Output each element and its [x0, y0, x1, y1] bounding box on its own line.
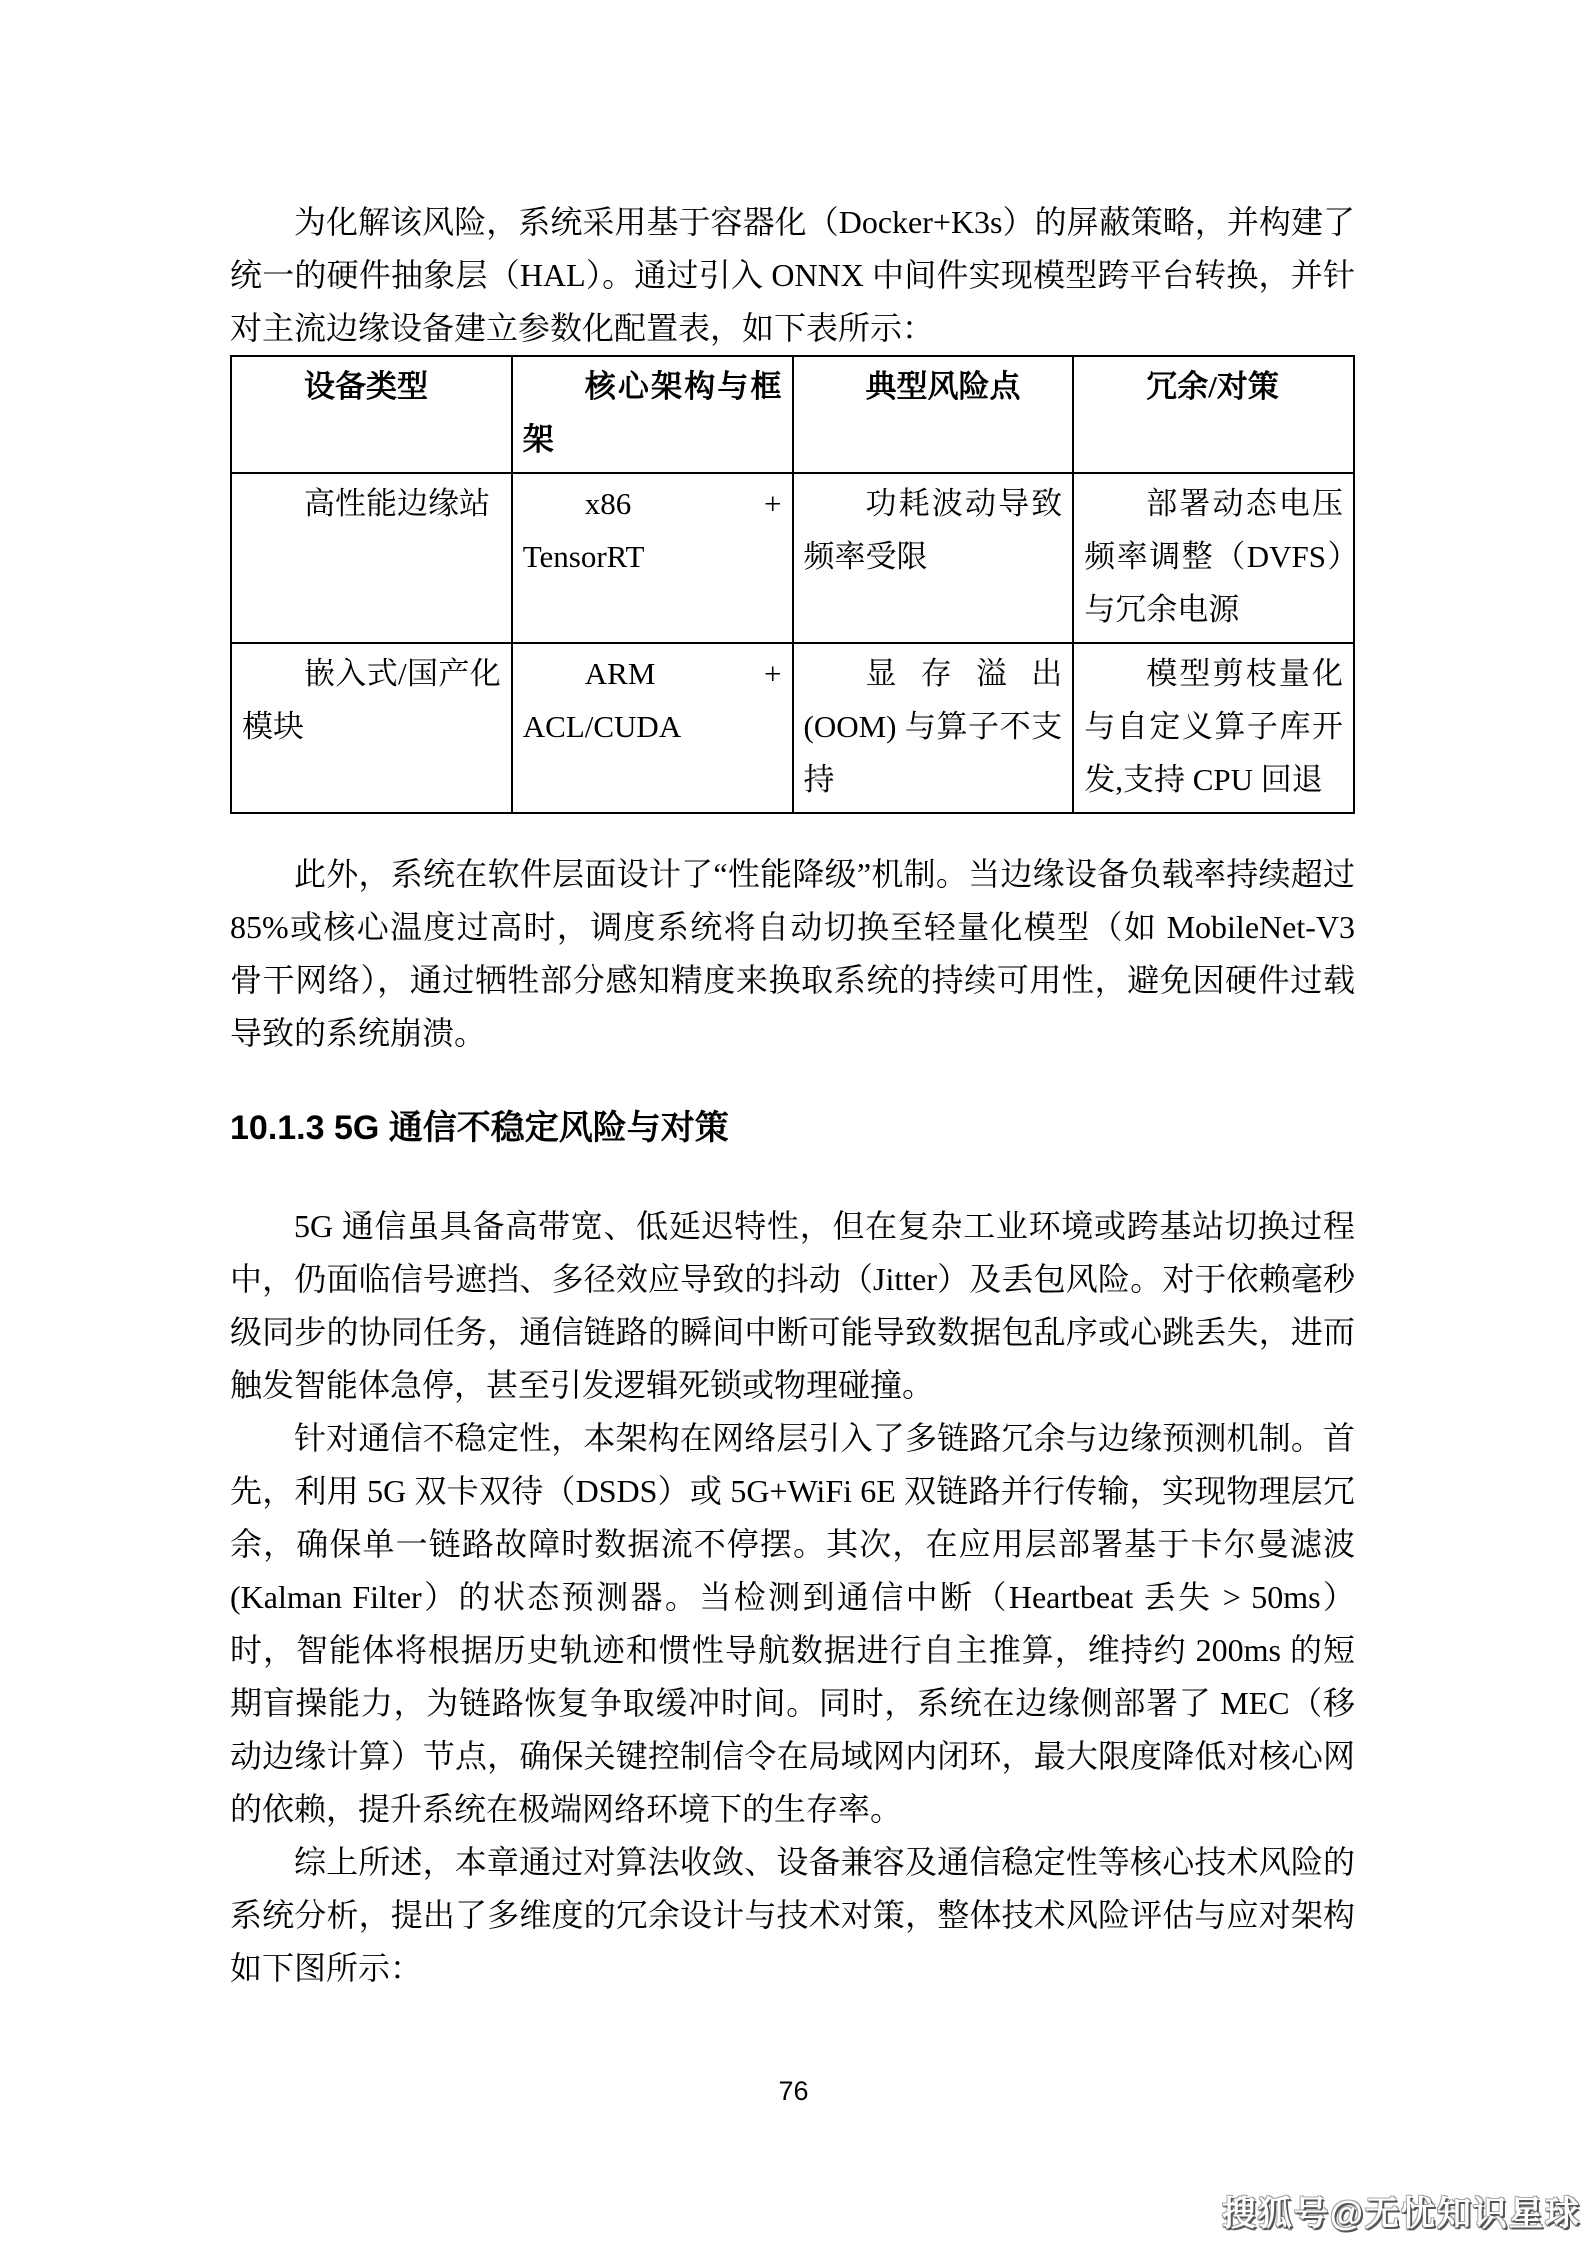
table-row-high-performance-edge: 高性能边缘站 x86 + TensorRT 功耗波动导致频率受限 部署动态电压频… [231, 473, 1354, 643]
cell-core-architecture: ARM + ACL/CUDA [512, 643, 793, 813]
table-row-embedded-domestic: 嵌入式/国产化模块 ARM + ACL/CUDA 显存溢出(OOM) 与算子不支… [231, 643, 1354, 813]
cell-typical-risk: 功耗波动导致频率受限 [793, 473, 1074, 643]
col-header-redundancy-countermeasure: 冗余/对策 [1073, 356, 1354, 473]
cell-countermeasure: 部署动态电压频率调整（DVFS）与冗余电源 [1073, 473, 1354, 643]
document-page: 为化解该风险，系统采用基于容器化（Docker+K3s）的屏蔽策略，并构建了统一… [0, 0, 1587, 2245]
paragraph-summary: 综上所述，本章通过对算法收敛、设备兼容及通信稳定性等核心技术风险的系统分析，提出… [230, 1836, 1355, 1995]
col-header-typical-risk: 典型风险点 [793, 356, 1074, 473]
cell-core-architecture: x86 + TensorRT [512, 473, 793, 643]
cell-countermeasure: 模型剪枝量化与自定义算子库开发,支持 CPU 回退 [1073, 643, 1354, 813]
col-header-core-architecture: 核心架构与框架 [512, 356, 793, 473]
paragraph-docker-hal: 为化解该风险，系统采用基于容器化（Docker+K3s）的屏蔽策略，并构建了统一… [230, 196, 1355, 355]
cell-device-type: 高性能边缘站 [231, 473, 512, 643]
page-number: 76 [0, 2076, 1587, 2107]
cell-device-type: 嵌入式/国产化模块 [231, 643, 512, 813]
edge-device-config-table: 设备类型 核心架构与框架 典型风险点 冗余/对策 高性能边缘站 x86 + Te… [230, 355, 1355, 814]
cell-typical-risk: 显存溢出(OOM) 与算子不支持 [793, 643, 1074, 813]
paragraph-5g-risk-description: 5G 通信虽具备高带宽、低延迟特性，但在复杂工业环境或跨基站切换过程中，仍面临信… [230, 1200, 1355, 1412]
section-heading-5g-risk: 10.1.3 5G 通信不稳定风险与对策 [230, 1106, 1355, 1150]
table-header-row: 设备类型 核心架构与框架 典型风险点 冗余/对策 [231, 356, 1354, 473]
watermark-text: 搜狐号@无忧知识星球 [1222, 2186, 1581, 2235]
page-content: 为化解该风险，系统采用基于容器化（Docker+K3s）的屏蔽策略，并构建了统一… [230, 196, 1355, 1995]
col-header-device-type: 设备类型 [231, 356, 512, 473]
paragraph-performance-degradation: 此外，系统在软件层面设计了“性能降级”机制。当边缘设备负载率持续超过 85%或核… [230, 848, 1355, 1060]
paragraph-multilink-redundancy: 针对通信不稳定性，本架构在网络层引入了多链路冗余与边缘预测机制。首先，利用 5G… [230, 1412, 1355, 1836]
